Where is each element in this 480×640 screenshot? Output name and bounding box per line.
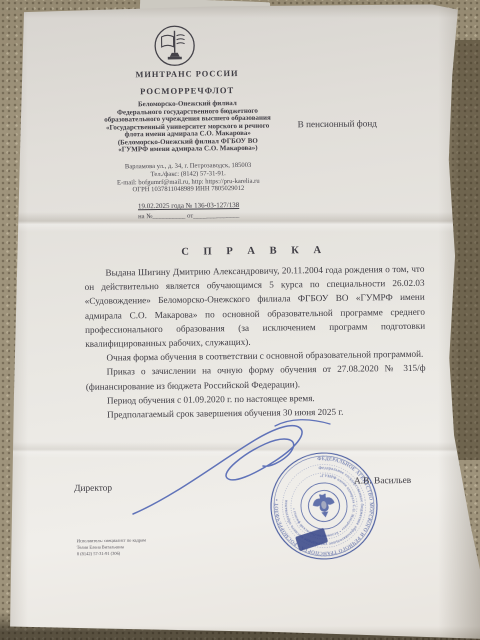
body-paragraph: Приказ о зачислении на очную форму обуче… bbox=[86, 361, 426, 394]
recipient-note: В пенсионный фонд bbox=[298, 118, 377, 129]
body-paragraph: Выдана Шигину Дмитрию Александровичу, 20… bbox=[84, 262, 425, 351]
certificate-paper: МИНТРАНС РОССИИ РОСМОРРЕЧФЛОТ Беломорско… bbox=[0, 0, 480, 640]
contact-info-block: Варламова ул., д. 34, г. Петрозаводск, 1… bbox=[46, 161, 330, 196]
organization-name-block: Беломорско-Онежский филиал Федерального … bbox=[45, 99, 330, 155]
rosmorrechflot-emblem-icon bbox=[152, 24, 197, 69]
signer-role: Директор bbox=[74, 484, 112, 494]
ministry-name: МИНТРАНС РОССИИ bbox=[45, 68, 329, 80]
official-round-stamp: ФЕДЕРАЛЬНОЕ АГЕНТСТВО МОРСКОГО И РЕЧНОГО… bbox=[261, 443, 387, 569]
executor-block: Исполнитель: специалист по кадрам Телин … bbox=[77, 536, 250, 558]
certificate-body: Выдана Шигину Дмитрию Александровичу, 20… bbox=[84, 262, 426, 422]
document-title: С П Р А В К А bbox=[84, 244, 424, 259]
double-headed-eagle-icon bbox=[306, 488, 341, 523]
executor-phone-line: 8 (8142) 57-31-91 (306) bbox=[77, 549, 250, 558]
date-and-number-line: 19.02.2025 года № 136-03-127/138 bbox=[47, 200, 331, 211]
certificate-content: МИНТРАНС РОССИИ РОСМОРРЕЧФЛОТ Беломорско… bbox=[0, 0, 480, 640]
reference-line: на №__________ от______________ bbox=[47, 211, 331, 221]
agency-name: РОСМОРРЕЧФЛОТ bbox=[45, 84, 329, 97]
